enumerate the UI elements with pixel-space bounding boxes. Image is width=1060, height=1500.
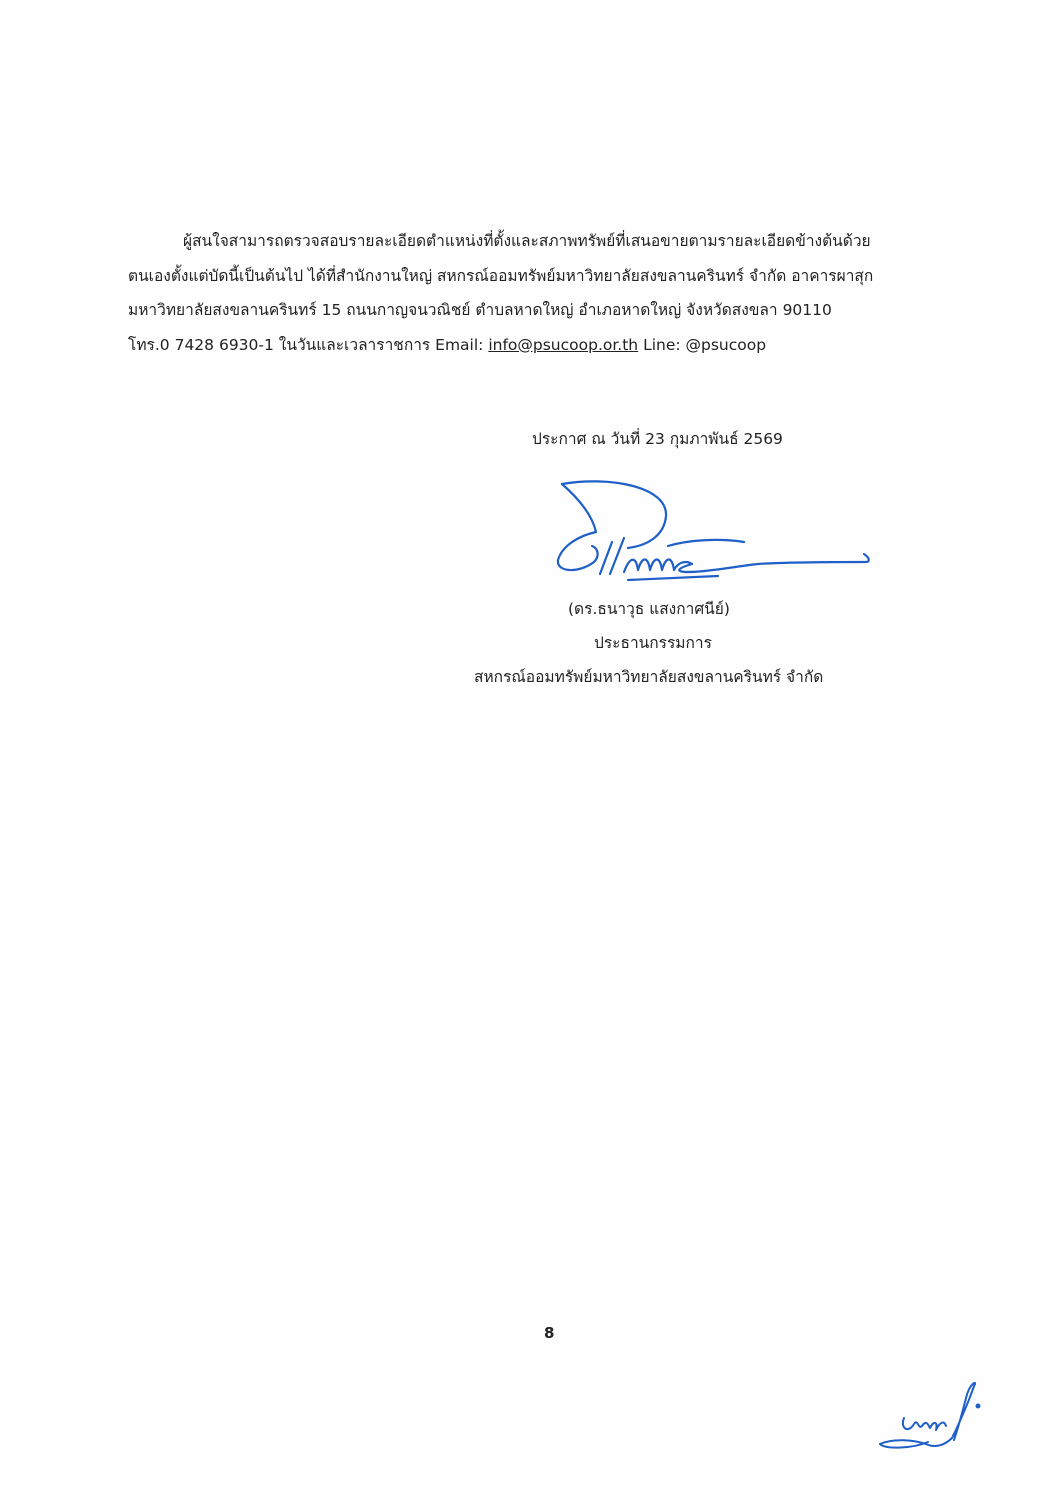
signer-organization: สหกรณ์ออมทรัพย์มหาวิทยาลัยสงขลานครินทร์ … <box>474 664 823 689</box>
paragraph-line-2: ตนเองตั้งแต่บัดนี้เป็นต้นไป ได้ที่สำนักง… <box>128 259 958 294</box>
announcement-date: ประกาศ ณ วันที่ 23 กุมภาพันธ์ 2569 <box>532 426 783 451</box>
paragraph-line-1: ผู้สนใจสามารถตรวจสอบรายละเอียดตำแหน่งที่… <box>128 224 958 259</box>
body-paragraph: ผู้สนใจสามารถตรวจสอบรายละเอียดตำแหน่งที่… <box>128 224 958 362</box>
paragraph-line-3: มหาวิทยาลัยสงขลานครินทร์ 15 ถนนกาญจนวณิช… <box>128 293 958 328</box>
contact-phone-text: โทร.0 7428 6930-1 ในวันและเวลาราชการ Ema… <box>128 336 488 354</box>
initial-signature-icon <box>874 1378 984 1458</box>
line-id-text: Line: @psucoop <box>638 336 766 354</box>
main-signature-icon <box>548 476 878 586</box>
paragraph-line-4: โทร.0 7428 6930-1 ในวันและเวลาราชการ Ema… <box>128 328 958 363</box>
document-page: ผู้สนใจสามารถตรวจสอบรายละเอียดตำแหน่งที่… <box>0 0 1060 1500</box>
page-number: 8 <box>544 1324 554 1342</box>
email-link[interactable]: info@psucoop.or.th <box>488 336 638 354</box>
signer-name: (ดร.ธนาวุธ แสงกาศนีย์) <box>568 596 730 621</box>
signer-title: ประธานกรรมการ <box>594 630 712 655</box>
